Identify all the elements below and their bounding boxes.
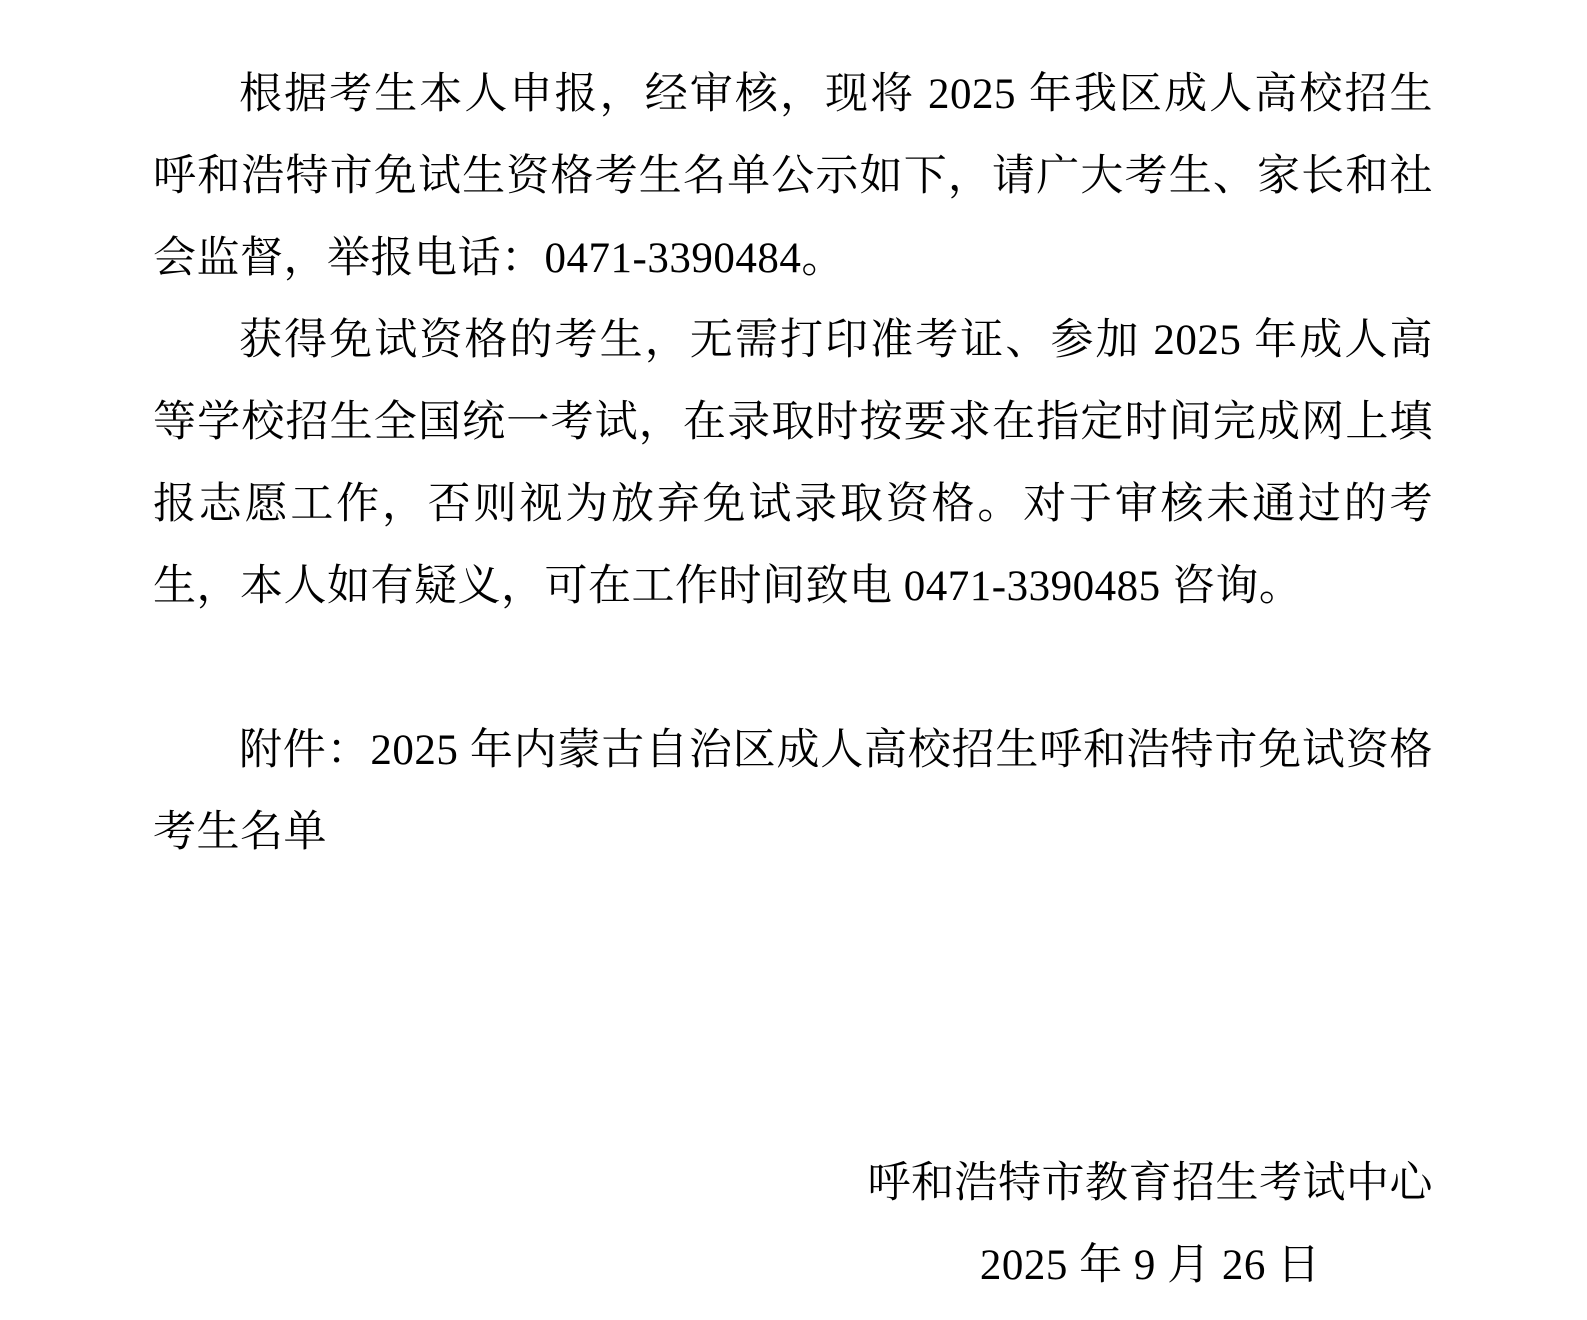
signature-organization: 呼和浩特市教育招生考试中心 [868, 1143, 1434, 1225]
paragraph-exemption-instructions: 获得免试资格的考生，无需打印准考证、参加 2025 年成人高等学校招生全国统一考… [153, 300, 1433, 628]
paragraph-publicity-notice: 根据考生本人申报，经审核，现将 2025 年我区成人高校招生呼和浩特市免试生资格… [153, 54, 1433, 300]
signature-date: 2025 年 9 月 26 日 [868, 1225, 1434, 1307]
document-body: 根据考生本人申报，经审核，现将 2025 年我区成人高校招生呼和浩特市免试生资格… [153, 54, 1433, 1307]
document-page: 根据考生本人申报，经审核，现将 2025 年我区成人高校招生呼和浩特市免试生资格… [0, 0, 1587, 1320]
paragraph-attachment: 附件：2025 年内蒙古自治区成人高校招生呼和浩特市免试资格考生名单 [153, 710, 1433, 874]
signature-block: 呼和浩特市教育招生考试中心 2025 年 9 月 26 日 [868, 1143, 1434, 1307]
